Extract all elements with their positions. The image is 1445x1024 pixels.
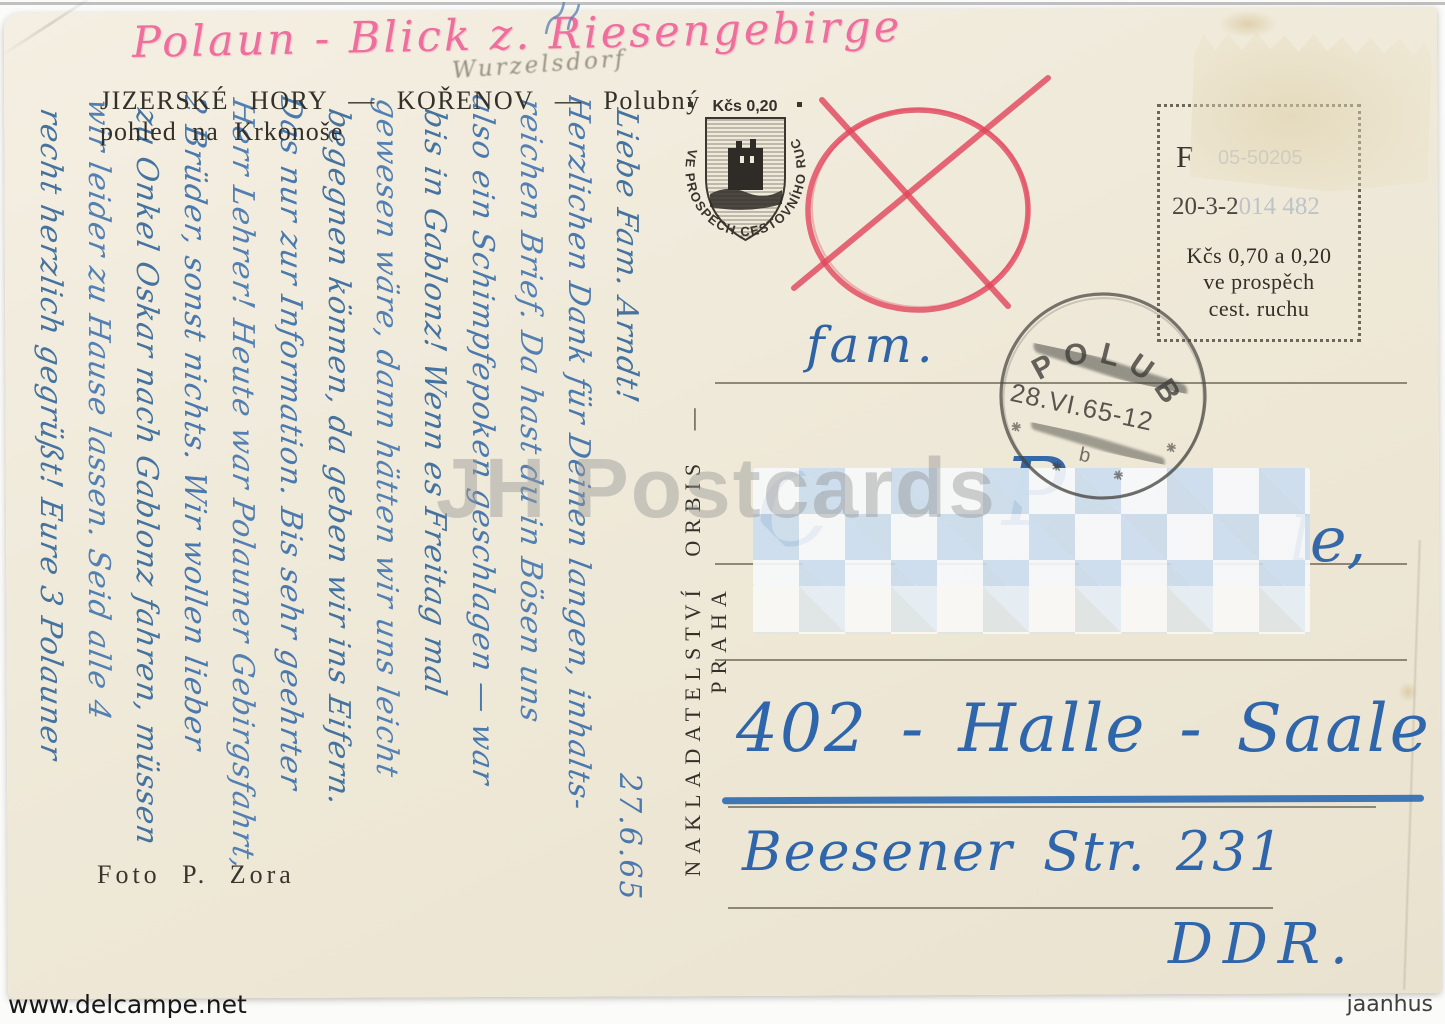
photo-credit: Foto P. Zora (97, 860, 295, 890)
letter-line: gewesen wäre, dann hätten wir uns leicht (362, 95, 410, 1005)
address-rule-3 (715, 659, 1407, 661)
fee-box-code: 20-3-2014 482 (1172, 193, 1320, 221)
address-city-line: 402 - Halle - Saale (736, 690, 1431, 767)
delcampe-watermark: www.delcampe.net (8, 990, 247, 1019)
letter-line: recht herzlich gegrüßt! Eure 3 Polauner (26, 105, 74, 1005)
emblem-value: Kčs 0,20 (713, 98, 778, 115)
postmark: POLUB 28.VI.65-12 b (972, 278, 1234, 513)
letter-line: also ein Schimpfepoken geschlagen — war (458, 95, 506, 1005)
address-country: DDR. (1168, 912, 1358, 977)
scanner-edge-line (0, 2, 1445, 5)
postcard-scan: Liebe Fam. Arndt!Herzlichen Dank für Dei… (0, 0, 1445, 1024)
postmark-index-letter: b (1077, 444, 1092, 468)
letter-line: bis in Gablonz! Wenn es Freitag mal (410, 105, 458, 1005)
fee-box-code-faint: 014 482 (1239, 193, 1320, 220)
stain-top (1218, 10, 1278, 38)
address-rule-5 (728, 907, 1273, 909)
letter-line: begegnen können, da geben wir ins Eifern… (314, 105, 362, 1005)
address-street-line: Beesener Str. 231 (742, 820, 1285, 883)
printed-subtitle: pohled na Krkonoše (100, 117, 343, 147)
letter-line: reichen Brief. Da hast du in Bösen uns (506, 95, 554, 1005)
fee-box-code-dark: 20-3-2 (1172, 193, 1239, 220)
stamp-residue (1189, 22, 1433, 195)
jaanhus-watermark: jaanhus (1347, 992, 1433, 1017)
ink-squiggle (540, 0, 582, 34)
cancellation-x-mark (780, 68, 1070, 313)
postmark-date: 28.VI.65-12 (1008, 377, 1156, 437)
salutation: fam. (806, 316, 938, 374)
jh-postcards-watermark: JH Postcards (436, 440, 997, 537)
redaction-mosaic-lower (753, 586, 1310, 634)
address-rule-4 (728, 806, 1376, 808)
message-date: 27.6.65 (613, 773, 647, 943)
fee-line-1: Kčs 0,70 a 0,20 (1160, 243, 1358, 269)
letter-line: Herzlichen Dank für Deinen langen, inhal… (554, 95, 602, 1005)
printed-title: JIZERSKÉ HORY — KOŘENOV — Polubný (100, 86, 701, 116)
